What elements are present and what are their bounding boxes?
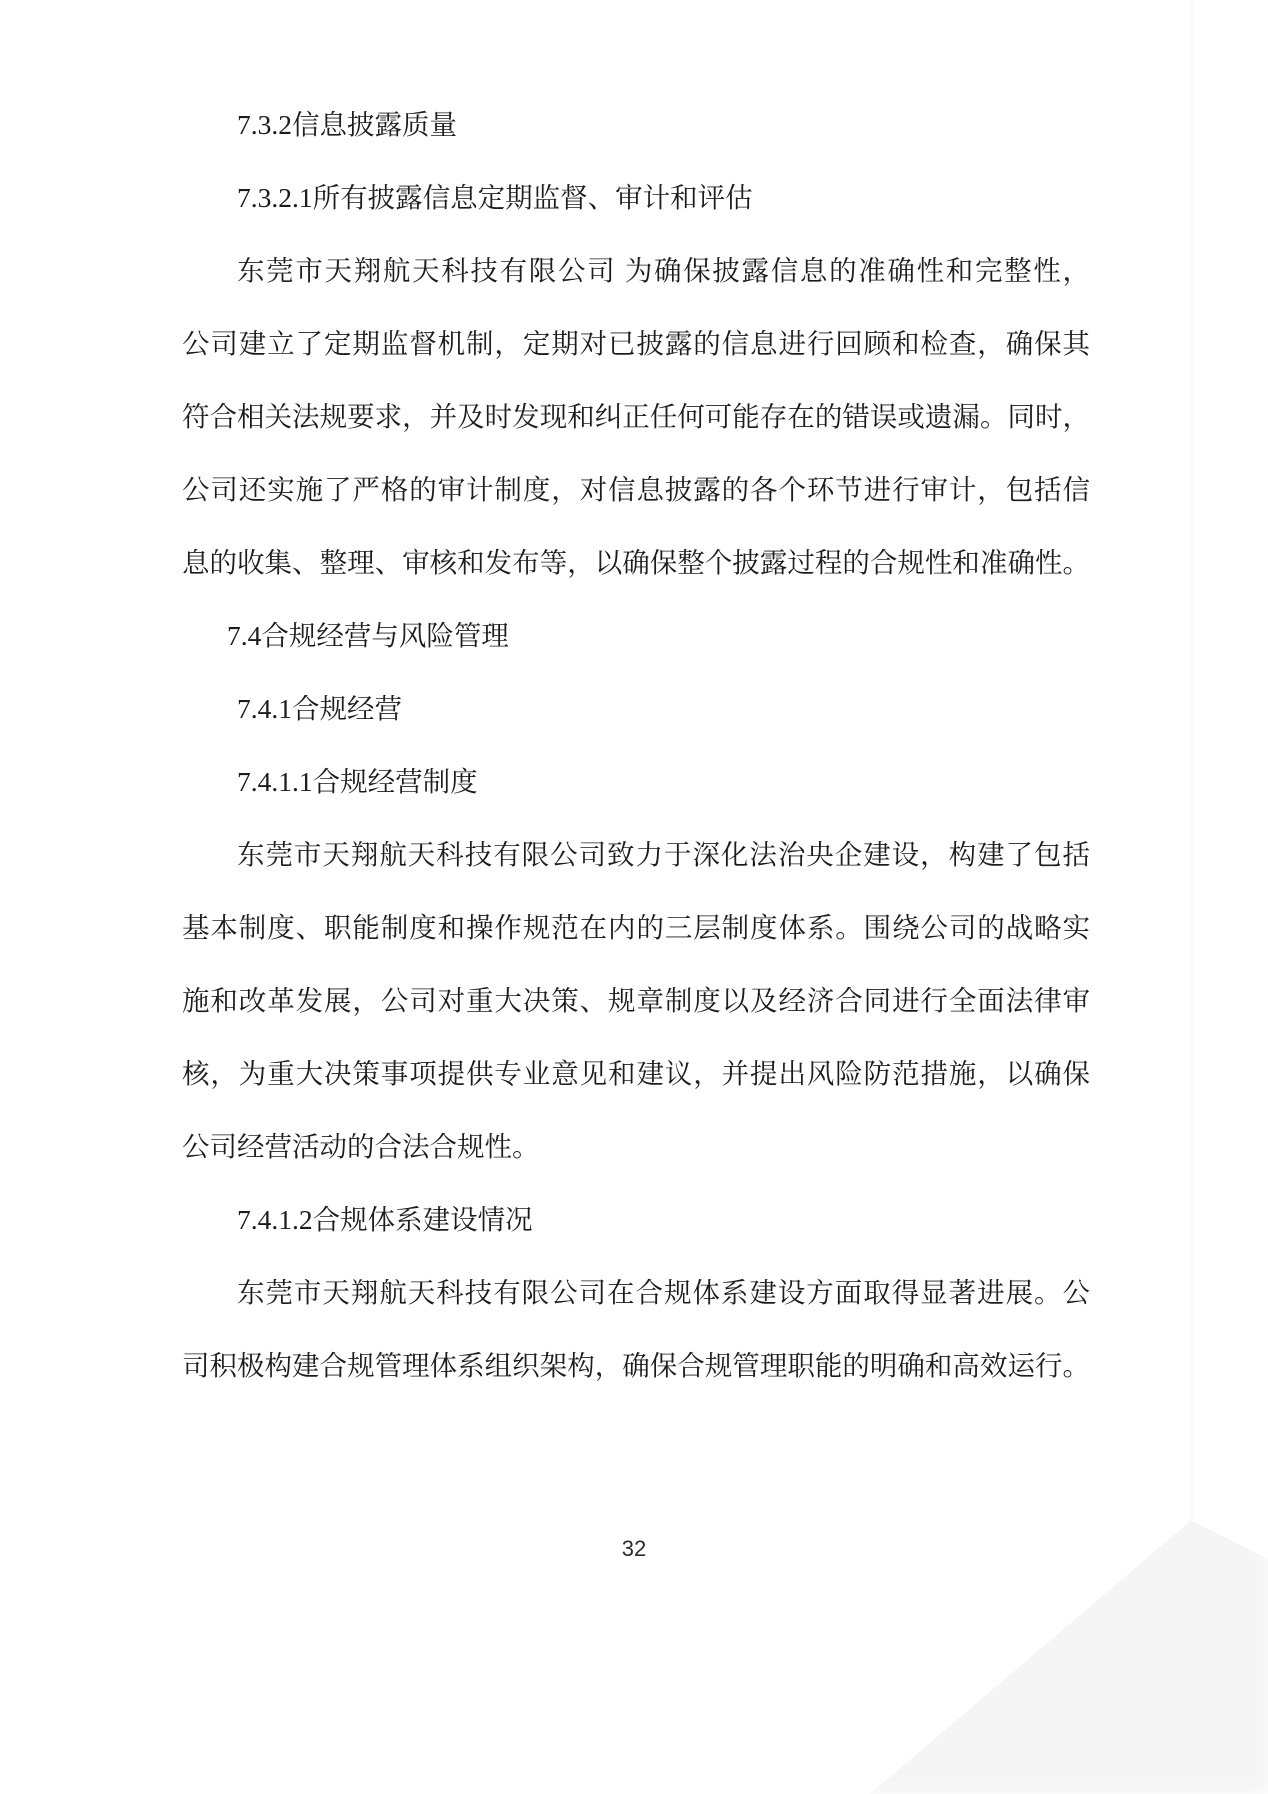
heading-level-3: 7.3.2信息披露质量 [182,88,1090,161]
heading-level-2: 7.4合规经营与风险管理 [182,599,1090,672]
paragraph-line: 东莞市天翔航天科技有限公司 为确保披露信息的准确性和完整性， [182,234,1090,307]
heading-level-4: 7.4.1.1合规经营制度 [182,745,1090,818]
paragraph-line: 基本制度、职能制度和操作规范在内的三层制度体系。围绕公司的战略实 [182,891,1090,964]
heading-level-4: 7.4.1.2合规体系建设情况 [182,1183,1090,1256]
paragraph-line: 公司建立了定期监督机制，定期对已披露的信息进行回顾和检查，确保其 [182,307,1090,380]
paragraph-line: 公司还实施了严格的审计制度，对信息披露的各个环节进行审计，包括信 [182,453,1090,526]
paragraph-line: 司积极构建合规管理体系组织架构，确保合规管理职能的明确和高效运行。 [182,1329,1090,1402]
document-content: 7.3.2信息披露质量7.3.2.1所有披露信息定期监督、审计和评估东莞市天翔航… [182,88,1090,1402]
heading-level-4: 7.3.2.1所有披露信息定期监督、审计和评估 [182,161,1090,234]
document-page: 7.3.2信息披露质量7.3.2.1所有披露信息定期监督、审计和评估东莞市天翔航… [0,0,1268,1794]
paragraph-line: 符合相关法规要求，并及时发现和纠正任何可能存在的错误或遗漏。同时， [182,380,1090,453]
paragraph-line: 息的收集、整理、审核和发布等，以确保整个披露过程的合规性和准确性。 [182,526,1090,599]
paragraph-line: 东莞市天翔航天科技有限公司在合规体系建设方面取得显著进展。公 [182,1256,1090,1329]
paragraph-line: 核，为重大决策事项提供专业意见和建议，并提出风险防范措施，以确保 [182,1037,1090,1110]
paragraph-line: 施和改革发展，公司对重大决策、规章制度以及经济合同进行全面法律审 [182,964,1090,1037]
scan-edge-line [1191,0,1193,1520]
paragraph-line: 东莞市天翔航天科技有限公司致力于深化法治央企建设，构建了包括 [182,818,1090,891]
heading-level-3: 7.4.1合规经营 [182,672,1090,745]
page-number: 32 [0,1535,1268,1563]
paragraph-line: 公司经营活动的合法合规性。 [182,1110,1090,1183]
